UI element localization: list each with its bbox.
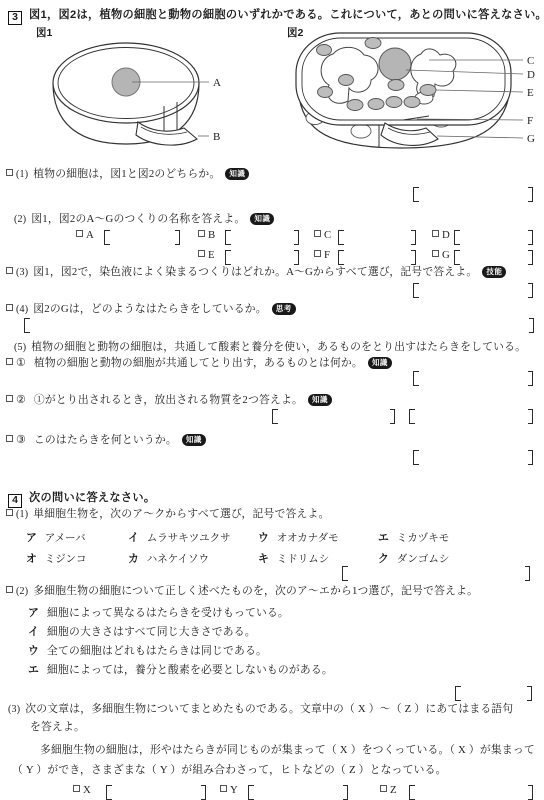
- q2-text: 図1，図2のA〜Gのつくりの名称を答えよ。: [31, 213, 245, 225]
- s4-q3-para-line1: 多細胞生物の細胞は，形やはたらきが同じものが集まって（ X ）をつくっている。（…: [40, 742, 535, 757]
- y-checkbox[interactable]: [220, 785, 227, 792]
- option-name: ムラサキツユクサ: [147, 532, 231, 544]
- label-b: B: [208, 229, 215, 241]
- badge-knowledge-icon: 知識: [225, 168, 249, 180]
- fig2-label-g: G: [527, 133, 535, 145]
- q2-answer-label-a: A: [76, 229, 94, 241]
- q2-f-checkbox[interactable]: [314, 250, 321, 257]
- q2-number: (2): [14, 214, 26, 225]
- x-checkbox[interactable]: [73, 785, 80, 792]
- fig2-label-d: D: [527, 69, 535, 81]
- fig1-label-a: A: [213, 77, 221, 89]
- q2-b-blank: [225, 230, 299, 245]
- label-c: C: [324, 229, 331, 241]
- paragraph-text: （ Y ）ができ，さまざまな（ Y ）が組み合わさって，ヒトなどの（ Z ）とな…: [12, 764, 447, 776]
- s4-q2-checkbox[interactable]: [6, 586, 13, 593]
- s4-q1-text: 単細胞生物を，次のア〜クからすべて選び，記号で答えよ。: [33, 508, 329, 520]
- q4-answer-blank: [24, 318, 534, 333]
- q2-f-blank: [338, 250, 416, 265]
- label-e: E: [208, 249, 215, 261]
- option-letter: イ: [28, 626, 39, 638]
- s4-q2-line: (2)多細胞生物の細胞について正しく述べたものを，次のア〜エから1つ選び，記号で…: [6, 583, 478, 598]
- q2-b-checkbox[interactable]: [198, 230, 205, 237]
- s4-q3-z-blank: [409, 785, 533, 800]
- fig1-animal-cell-diagram: A B: [46, 38, 236, 150]
- option-name: ミジンコ: [45, 553, 87, 565]
- option-text: 細胞の大きさはすべて同じ大きさである。: [47, 626, 256, 638]
- q1-checkbox[interactable]: [6, 169, 13, 176]
- option-name: ダンゴムシ: [397, 553, 450, 565]
- section3-title: 図1，図2は，植物の細胞と動物の細胞のいずれかである。これについて，あとの問いに…: [29, 9, 544, 21]
- s3-q3-line: (3)図1，図2で，染色液によく染まるつくりはどれか。A〜Gからすべて選び，記号…: [6, 264, 506, 279]
- option-letter: ウ: [28, 645, 39, 657]
- q1-number: (1): [16, 169, 28, 180]
- s4-q1-line: (1)単細胞生物を，次のア〜クからすべて選び，記号で答えよ。: [6, 506, 330, 521]
- badge-knowledge-icon: 知識: [308, 394, 332, 406]
- label-y: Y: [230, 784, 238, 796]
- q5-2-number: ②: [16, 394, 26, 406]
- q2-answer-label-d: D: [432, 229, 450, 241]
- s4-q1-option-a: アアメーバ: [26, 528, 86, 546]
- q2-d-blank: [454, 230, 533, 245]
- label-a: A: [86, 229, 94, 241]
- q3-checkbox[interactable]: [6, 267, 13, 274]
- s3-q2-line: (2)図1，図2のA〜Gのつくりの名称を答えよ。知識: [14, 211, 274, 226]
- section4-header: 4次の問いに答えなさい。: [8, 488, 155, 508]
- s4-q1-option-ku: クダンゴムシ: [378, 549, 449, 567]
- option-text: 全ての細胞はどれもはたらきは同じである。: [47, 645, 267, 657]
- q2-a-checkbox[interactable]: [76, 230, 83, 237]
- s4-q2-option-i: イ細胞の大きさはすべて同じ大きさである。: [28, 624, 256, 639]
- s4-q3-y-blank: [248, 785, 348, 800]
- q2-answer-label-e: E: [198, 249, 215, 261]
- paragraph-text: 多細胞生物の細胞は，形やはたらきが同じものが集まって（ X ）をつくっている。（…: [40, 744, 535, 756]
- s4-q3-text-line1: 次の文章は，多細胞生物についてまとめたものである。文章中の（ X ）〜（ Z ）…: [25, 703, 513, 715]
- badge-knowledge-icon: 知識: [182, 434, 206, 446]
- s4-q1-option-ki: キミドリムシ: [258, 549, 329, 567]
- s4-q2-option-a: ア細胞によって異なるはたらきを受けもっている。: [28, 605, 289, 620]
- s4-q1-option-o: オミジンコ: [26, 549, 87, 567]
- option-letter: ア: [28, 607, 39, 619]
- s4-q3-number: (3): [8, 704, 20, 715]
- fig2-label-e: E: [527, 87, 534, 99]
- s4-q1-option-u: ウオオカナダモ: [258, 528, 339, 546]
- option-letter: キ: [258, 553, 269, 565]
- q1-answer-blank: [413, 187, 533, 202]
- q2-answer-label-g: G: [432, 249, 450, 261]
- q5-2-checkbox[interactable]: [6, 395, 13, 402]
- label-z: Z: [390, 784, 397, 796]
- q2-c-checkbox[interactable]: [314, 230, 321, 237]
- option-name: ミカヅキモ: [397, 532, 450, 544]
- q3-text: 図1，図2で，染色液によく染まるつくりはどれか。A〜Gからすべて選び，記号で答え…: [33, 266, 477, 278]
- s3-q4-line: (4)図2のGは，どのようなはたらきをしているか。思考: [6, 301, 296, 316]
- option-name: アメーバ: [45, 532, 86, 544]
- option-text: 細胞によって異なるはたらきを受けもっている。: [47, 607, 289, 619]
- q5-3-text: このはたらきを何というか。: [34, 434, 177, 446]
- option-letter: ア: [26, 532, 37, 544]
- s4-q1-number: (1): [16, 509, 28, 520]
- badge-skill-icon: 技能: [482, 266, 506, 278]
- q2-d-checkbox[interactable]: [432, 230, 439, 237]
- s4-q2-number: (2): [16, 586, 28, 597]
- workbook-page: 3図1，図2は，植物の細胞と動物の細胞のいずれかである。これについて，あとの問い…: [0, 0, 544, 800]
- s4-q3-answer-label-z: Z: [380, 784, 397, 796]
- badge-thought-icon: 思考: [272, 303, 296, 315]
- s4-q3-text-line2: を答えよ。: [30, 721, 85, 733]
- fig2-nucleus: [379, 48, 411, 80]
- s3-q5-intro: (5)植物の細胞と動物の細胞は，共通して酸素と養分を使い，あるものをとり出すはた…: [14, 339, 526, 354]
- label-d: D: [442, 229, 450, 241]
- q2-answer-label-b: B: [198, 229, 215, 241]
- s4-q1-answer-blank: [342, 566, 530, 581]
- s3-q5-sub1: ①植物の細胞と動物の細胞が共通してとり出す，あるものとは何か。知識: [6, 355, 392, 370]
- option-letter: ウ: [258, 532, 269, 544]
- q2-a-blank: [104, 230, 180, 245]
- q2-answer-label-f: F: [314, 249, 330, 261]
- section3-header: 3図1，図2は，植物の細胞と動物の細胞のいずれかである。これについて，あとの問い…: [8, 5, 544, 25]
- q4-text: 図2のGは，どのようなはたらきをしているか。: [33, 303, 267, 315]
- q5-intro-text: 植物の細胞と動物の細胞は，共通して酸素と養分を使い，あるものをとり出すはたらきを…: [31, 341, 526, 353]
- q2-e-blank: [225, 250, 299, 265]
- fig2-label-f: F: [527, 115, 533, 127]
- fig2-label-c: C: [527, 55, 534, 67]
- q1-text: 植物の細胞は，図1と図2のどちらか。: [33, 168, 220, 180]
- s4-q1-option-ka: カハネケイソウ: [128, 549, 209, 567]
- q5-3-checkbox[interactable]: [6, 435, 13, 442]
- label-g: G: [442, 249, 450, 261]
- q4-number: (4): [16, 304, 28, 315]
- q5-2-answer-blank-2: [409, 409, 533, 424]
- s4-q3-para-line2: （ Y ）ができ，さまざまな（ Y ）が組み合わさって，ヒトなどの（ Z ）とな…: [12, 762, 447, 777]
- q3-answer-blank: [413, 283, 533, 298]
- option-text: 細胞によっては，養分と酸素を必要としないものがある。: [47, 664, 333, 676]
- q2-g-blank: [454, 250, 533, 265]
- z-checkbox[interactable]: [380, 785, 387, 792]
- q5-3-number: ③: [16, 434, 26, 446]
- q4-checkbox[interactable]: [6, 304, 13, 311]
- option-letter: エ: [28, 664, 39, 676]
- s3-q5-sub2: ②①がとり出されるとき，放出される物質を2つ答えよ。知識: [6, 392, 332, 407]
- s4-q2-answer-blank: [455, 686, 532, 701]
- s4-q3-answer-label-y: Y: [220, 784, 238, 796]
- option-letter: エ: [378, 532, 389, 544]
- section4-title: 次の問いに答えなさい。: [29, 492, 155, 504]
- s4-q3-answer-label-x: X: [73, 784, 91, 796]
- s4-q2-text: 多細胞生物の細胞について正しく述べたものを，次のア〜エから1つ選び，記号で答えよ…: [33, 585, 478, 597]
- label-f: F: [324, 249, 330, 261]
- s4-q2-option-e: エ細胞によっては，養分と酸素を必要としないものがある。: [28, 662, 333, 677]
- s4-q3-line2: を答えよ。: [30, 719, 85, 734]
- label-x: X: [83, 784, 91, 796]
- q5-3-answer-blank: [413, 450, 533, 465]
- q2-e-checkbox[interactable]: [198, 250, 205, 257]
- s4-q3-x-blank: [106, 785, 206, 800]
- s3-q5-sub3: ③このはたらきを何というか。知識: [6, 432, 206, 447]
- fig2-plant-cell-diagram: C D E F G: [291, 30, 543, 162]
- option-letter: カ: [128, 553, 139, 565]
- q2-answer-label-c: C: [314, 229, 331, 241]
- option-name: オオカナダモ: [277, 532, 339, 544]
- option-letter: ク: [378, 553, 389, 565]
- s4-q3-line1: (3)次の文章は，多細胞生物についてまとめたものである。文章中の（ X ）〜（ …: [8, 701, 513, 716]
- fig1-label-b: B: [213, 131, 220, 143]
- q5-2-text: ①がとり出されるとき，放出される物質を2つ答えよ。: [34, 394, 303, 406]
- q5-1-text: 植物の細胞と動物の細胞が共通してとり出す，あるものとは何か。: [34, 357, 363, 369]
- option-letter: オ: [26, 553, 37, 565]
- s4-q1-option-e: エミカヅキモ: [378, 528, 449, 546]
- option-name: ハネケイソウ: [147, 553, 209, 565]
- s4-q1-checkbox[interactable]: [6, 509, 13, 516]
- badge-knowledge-icon: 知識: [368, 357, 392, 369]
- q2-c-blank: [338, 230, 416, 245]
- q5-1-checkbox[interactable]: [6, 358, 13, 365]
- q5-number: (5): [14, 342, 26, 353]
- s3-q1-line: (1)植物の細胞は，図1と図2のどちらか。知識: [6, 166, 249, 181]
- badge-knowledge-icon: 知識: [250, 213, 274, 225]
- q5-1-number: ①: [16, 357, 26, 369]
- s4-q1-option-i: イムラサキツユクサ: [128, 528, 231, 546]
- s4-q2-option-u: ウ全ての細胞はどれもはたらきは同じである。: [28, 643, 267, 658]
- q3-number: (3): [16, 267, 28, 278]
- option-name: ミドリムシ: [277, 553, 330, 565]
- q5-1-answer-blank: [413, 371, 533, 386]
- q5-2-answer-blank-1: [272, 409, 395, 424]
- option-letter: イ: [128, 532, 139, 544]
- q2-g-checkbox[interactable]: [432, 250, 439, 257]
- section3-number-box: 3: [8, 11, 22, 25]
